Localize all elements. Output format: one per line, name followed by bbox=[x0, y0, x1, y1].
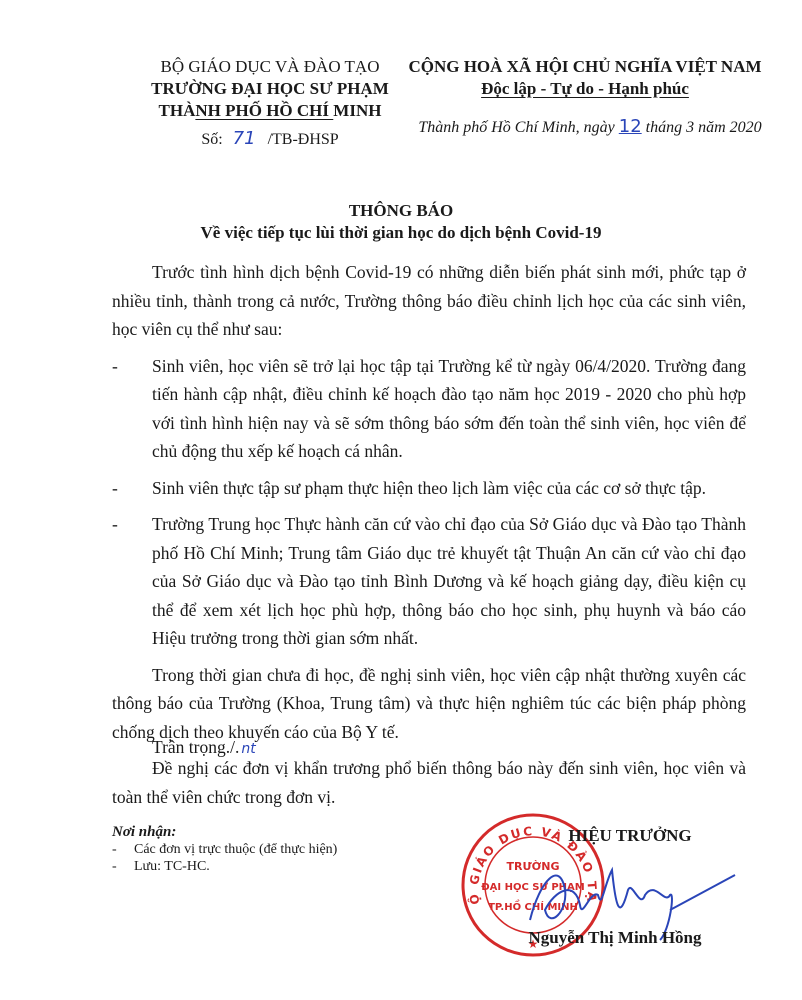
handwritten-day: 12 bbox=[619, 116, 642, 137]
issuing-authority-block: BỘ GIÁO DỤC VÀ ĐÀO TẠO TRƯỜNG ĐẠI HỌC SƯ… bbox=[125, 56, 415, 151]
closing: Trân trọng./.nt bbox=[152, 737, 256, 758]
handwritten-initials: nt bbox=[241, 741, 255, 757]
bullet-dash: - bbox=[112, 474, 152, 503]
ministry-name: BỘ GIÁO DỤC VÀ ĐÀO TẠO bbox=[125, 56, 415, 78]
signatory-name: Nguyễn Thị Minh Hồng bbox=[500, 928, 730, 948]
intro-paragraph: Trước tình hình dịch bệnh Covid-19 có nh… bbox=[112, 258, 746, 344]
number-label: Số: bbox=[201, 131, 222, 148]
document-body: Trước tình hình dịch bệnh Covid-19 có nh… bbox=[112, 258, 746, 819]
recipients-label: Nơi nhận: bbox=[112, 824, 337, 841]
document-title: THÔNG BÁO bbox=[0, 200, 802, 222]
paragraph: Đề nghị các đơn vị khẩn trương phổ biến … bbox=[112, 754, 746, 811]
bullet-dash: - bbox=[112, 510, 152, 653]
paragraph: Trong thời gian chưa đi học, đề nghị sin… bbox=[112, 661, 746, 747]
country-name: CỘNG HOÀ XÃ HỘI CHỦ NGHĨA VIỆT NAM bbox=[400, 56, 770, 78]
document-title-block: THÔNG BÁO Về việc tiếp tục lùi thời gian… bbox=[0, 200, 802, 244]
national-heading-block: CỘNG HOÀ XÃ HỘI CHỦ NGHĨA VIỆT NAM Độc l… bbox=[400, 56, 770, 100]
recipient-item: - Lưu: TC-HC. bbox=[112, 858, 337, 875]
signatory-title: HIỆU TRƯỞNG bbox=[540, 826, 720, 846]
handwritten-number: 71 bbox=[233, 128, 256, 150]
list-item: - Sinh viên, học viên sẽ trở lại học tập… bbox=[112, 352, 746, 466]
number-suffix: /TB-ĐHSP bbox=[268, 131, 339, 148]
recipients-block: Nơi nhận: - Các đơn vị trực thuộc (để th… bbox=[112, 824, 337, 875]
school-name-line1: TRƯỜNG ĐẠI HỌC SƯ PHẠM bbox=[125, 78, 415, 100]
recipient-item: - Các đơn vị trực thuộc (để thực hiện) bbox=[112, 841, 337, 858]
list-item: - Trường Trung học Thực hành căn cứ vào … bbox=[112, 510, 746, 653]
closing-text: Trân trọng./. bbox=[152, 737, 239, 757]
date-line: Thành phố Hồ Chí Minh, ngày12tháng 3 năm… bbox=[410, 116, 770, 137]
school-name-line2: THÀNH PHỐ HỒ CHÍ MINH bbox=[125, 100, 415, 122]
list-item: - Sinh viên thực tập sư phạm thực hiện t… bbox=[112, 474, 746, 503]
bullet-dash: - bbox=[112, 352, 152, 466]
document-number: Số: 71/TB-ĐHSP bbox=[125, 128, 415, 151]
national-motto: Độc lập - Tự do - Hạnh phúc bbox=[481, 79, 689, 98]
document-subtitle: Về việc tiếp tục lùi thời gian học do dị… bbox=[0, 222, 802, 244]
